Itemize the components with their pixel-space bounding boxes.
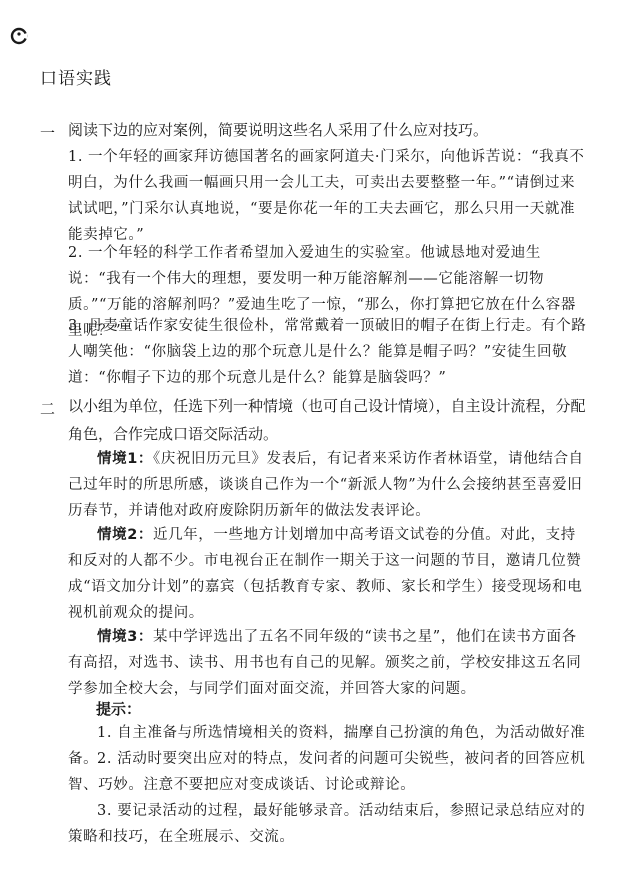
- case-number: 3.: [68, 313, 88, 339]
- scenario-label: 情境1：: [97, 451, 153, 467]
- case-item-3: 3.丹麦童话作家安徒生很俭朴，常常戴着一顶破旧的帽子在街上行走。有个路人嘲笑他：…: [68, 313, 588, 391]
- case-text: 一个年轻的画家拜访德国著名的画家阿道夫·门采尔，向他诉苦说：“我真不明白，为什么…: [68, 149, 584, 243]
- scenario-2: 情境2：近几年，一些地方计划增加中高考语文试卷的分值。对此，支持和反对的人都不少…: [68, 522, 588, 626]
- section-one-marker: 一: [40, 122, 55, 143]
- case-number: 2.: [68, 240, 88, 266]
- scenario-label: 情境3：: [97, 629, 153, 645]
- tip-item-2: 2. 活动时要突出应对的特点，发问者的问题可尖锐些，被问者的回答应机智、巧妙。注…: [68, 746, 588, 798]
- case-text: 丹麦童话作家安徒生很俭朴，常常戴着一顶破旧的帽子在街上行走。有个路人嘲笑他：“你…: [68, 318, 586, 386]
- section-two-marker: 二: [40, 398, 55, 419]
- section-two-instruction: 以小组为单位，任选下列一种情境（也可自己设计情境），自主设计流程，分配角色，合作…: [68, 392, 588, 448]
- publisher-logo-icon: [10, 27, 28, 45]
- scenario-label: 情境2：: [97, 527, 153, 543]
- case-number: 1.: [68, 144, 88, 170]
- scenario-3: 情境3：某中学评选出了五名不同年级的“读书之星”，他们在读书方面各有高招，对选书…: [68, 624, 588, 702]
- case-item-1: 1.一个年轻的画家拜访德国著名的画家阿道夫·门采尔，向他诉苦说：“我真不明白，为…: [68, 144, 588, 248]
- scenario-1: 情境1：《庆祝旧历元旦》发表后，有记者来采访作者林语堂，请他结合自己过年时的所思…: [68, 446, 588, 524]
- section-one-instruction: 阅读下边的应对案例，简要说明这些名人采用了什么应对技巧。: [68, 116, 588, 144]
- tips-heading: 提示：: [96, 698, 141, 719]
- tip-item-3: 3. 要记录活动的过程，最好能够录音。活动结束后，参照记录总结应对的策略和技巧，…: [68, 798, 588, 850]
- page-title: 口语实践: [40, 64, 112, 89]
